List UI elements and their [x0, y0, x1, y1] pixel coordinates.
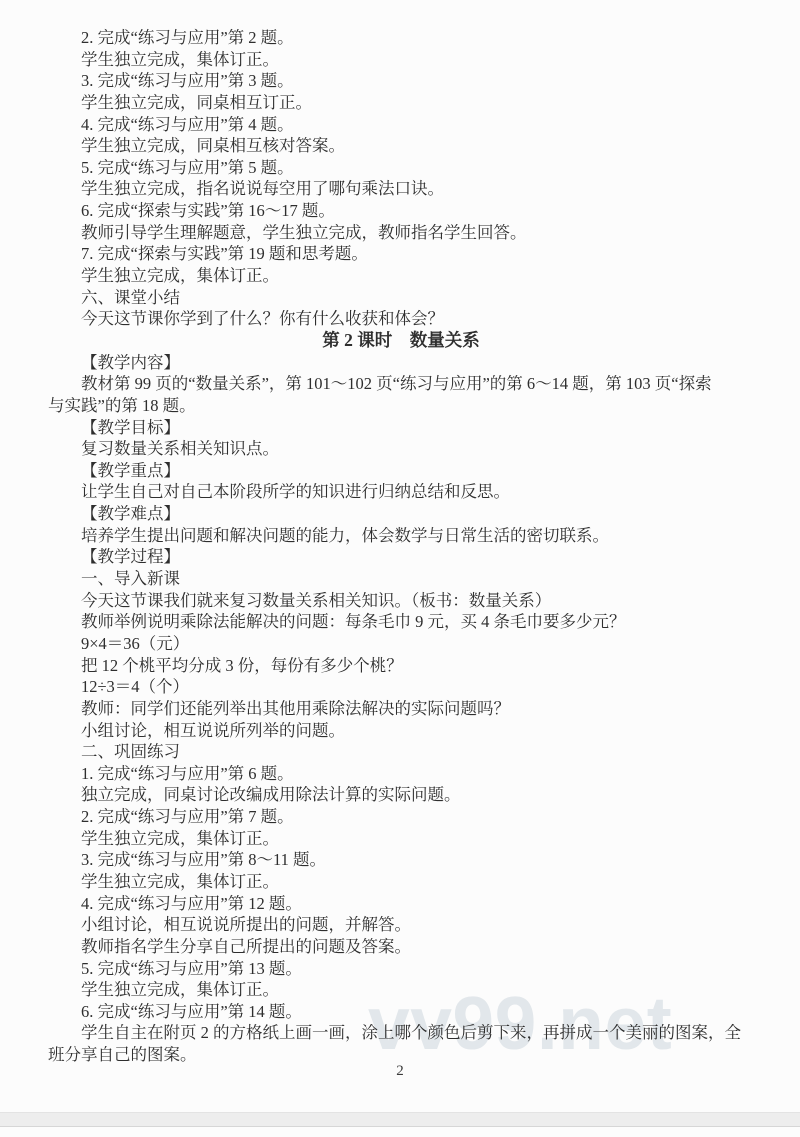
text-line: 学生独立完成，集体订正。	[48, 265, 754, 287]
text-line: 把 12 个桃平均分成 3 份，每份有多少个桃？	[48, 655, 754, 677]
text-line: 6. 完成“练习与应用”第 14 题。	[48, 1001, 754, 1023]
text-line: 教师：同学们还能列举出其他用乘除法解决的实际问题吗？	[48, 698, 754, 720]
text-line: 教师指名学生分享自己所提出的问题及答案。	[48, 936, 754, 958]
text-line: 今天这节课你学到了什么？你有什么收获和体会？	[48, 308, 754, 330]
text-line: 学生独立完成，同桌相互订正。	[48, 92, 754, 114]
text-line: 小组讨论，相互说说所列举的问题。	[48, 720, 754, 742]
text-line: 教师举例说明乘除法能解决的问题：每条毛巾 9 元，买 4 条毛巾要多少元？	[48, 611, 754, 633]
text-line: 9×4＝36（元）	[48, 633, 754, 655]
text-line: 教师引导学生理解题意，学生独立完成，教师指名学生回答。	[48, 222, 754, 244]
text-line: 【教学过程】	[48, 546, 754, 568]
text-line: 4. 完成“练习与应用”第 4 题。	[48, 114, 754, 136]
text-line: 学生独立完成，集体订正。	[48, 49, 754, 71]
text-line: 二、巩固练习	[48, 741, 754, 763]
text-line: 小组讨论，相互说说所提出的问题，并解答。	[48, 914, 754, 936]
text-line: 学生自主在附页 2 的方格纸上画一画，涂上哪个颜色后剪下来，再拼成一个美丽的图案…	[48, 1022, 754, 1044]
text-line: 3. 完成“练习与应用”第 3 题。	[48, 70, 754, 92]
text-line: 学生独立完成，集体订正。	[48, 871, 754, 893]
text-line: 与实践”的第 18 题。	[48, 395, 754, 417]
text-line: 【教学重点】	[48, 460, 754, 482]
text-line: 2. 完成“练习与应用”第 7 题。	[48, 806, 754, 828]
lesson-title: 第 2 课时 数量关系	[48, 330, 754, 352]
text-line: 今天这节课我们就来复习数量关系相关知识。（板书：数量关系）	[48, 590, 754, 612]
text-line: 学生独立完成，集体订正。	[48, 828, 754, 850]
lesson-plan-text-body: 2. 完成“练习与应用”第 2 题。学生独立完成，集体订正。3. 完成“练习与应…	[48, 27, 754, 1066]
text-line: 12÷3＝4（个）	[48, 676, 754, 698]
text-line: 6. 完成“探索与实践”第 16～17 题。	[48, 200, 754, 222]
text-line: 5. 完成“练习与应用”第 5 题。	[48, 157, 754, 179]
scanned-document-page: vv99.net 2. 完成“练习与应用”第 2 题。学生独立完成，集体订正。3…	[0, 0, 800, 1137]
text-line: 学生独立完成，指名说说每空用了哪句乘法口诀。	[48, 178, 754, 200]
text-line: 1. 完成“练习与应用”第 6 题。	[48, 763, 754, 785]
text-line: 让学生自己对自己本阶段所学的知识进行归纳总结和反思。	[48, 481, 754, 503]
text-line: 教材第 99 页的“数量关系”，第 101～102 页“练习与应用”的第 6～1…	[48, 373, 754, 395]
text-line: 一、导入新课	[48, 568, 754, 590]
text-line: 学生独立完成，同桌相互核对答案。	[48, 135, 754, 157]
text-line: 2. 完成“练习与应用”第 2 题。	[48, 27, 754, 49]
text-line: 3. 完成“练习与应用”第 8～11 题。	[48, 849, 754, 871]
text-line: 复习数量关系相关知识点。	[48, 438, 754, 460]
text-line: 【教学内容】	[48, 352, 754, 374]
text-line: 六、课堂小结	[48, 287, 754, 309]
page-gap-divider	[0, 1112, 800, 1127]
text-line: 培养学生提出问题和解决问题的能力，体会数学与日常生活的密切联系。	[48, 525, 754, 547]
text-line: 【教学难点】	[48, 503, 754, 525]
page-number: 2	[0, 1063, 800, 1080]
text-line: 【教学目标】	[48, 417, 754, 439]
text-line: 独立完成，同桌讨论改编成用除法计算的实际问题。	[48, 784, 754, 806]
text-line: 4. 完成“练习与应用”第 12 题。	[48, 893, 754, 915]
text-line: 5. 完成“练习与应用”第 13 题。	[48, 958, 754, 980]
text-line: 学生独立完成，集体订正。	[48, 979, 754, 1001]
text-line: 7. 完成“探索与实践”第 19 题和思考题。	[48, 243, 754, 265]
